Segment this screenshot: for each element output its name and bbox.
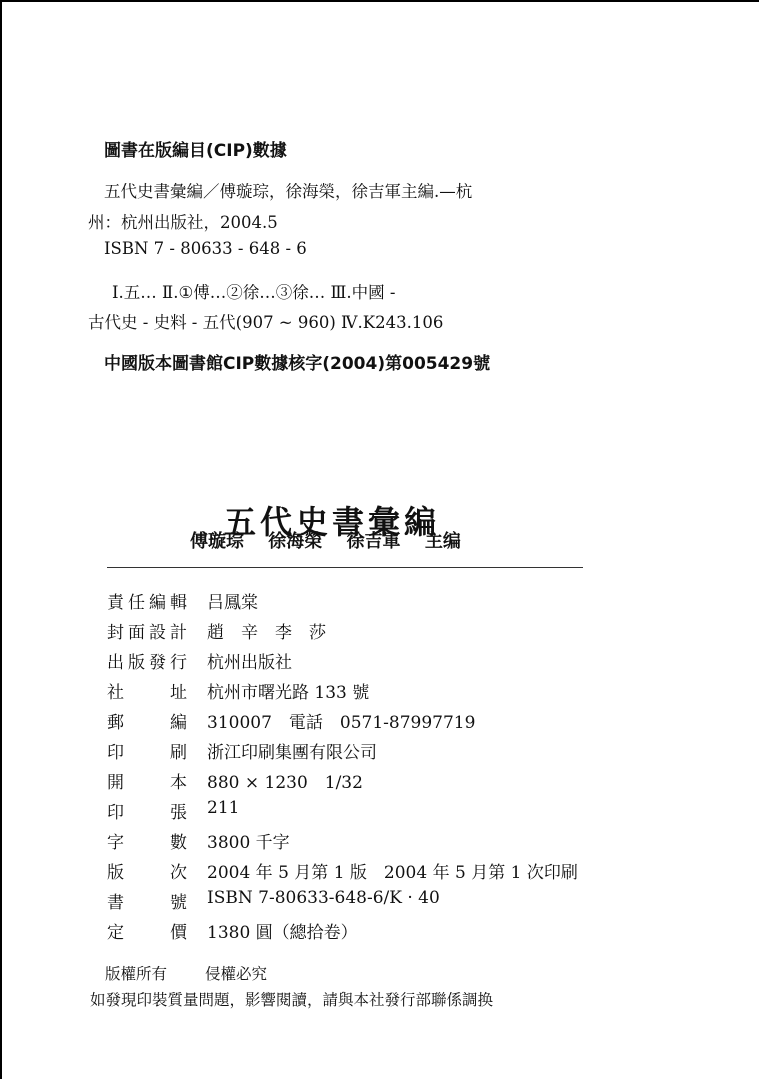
- colophon-label: 印張: [107, 798, 187, 823]
- colophon-label-char: 出: [107, 648, 124, 673]
- colophon-label-char: 發: [149, 648, 166, 673]
- cip-line-publisher: 州：杭州出版社，2004.5: [88, 209, 278, 233]
- colophon-label: 定價: [107, 918, 187, 943]
- copyright-line: 版權所有侵權必究: [105, 962, 267, 984]
- colophon-label-char: 價: [170, 918, 187, 943]
- colophon-label: 出版發行: [107, 648, 187, 673]
- colophon-label: 版次: [107, 858, 187, 883]
- colophon-label-char: 印: [107, 738, 124, 763]
- cip-verification-number: 中國版本圖書館CIP數據核字(2004)第005429號: [104, 349, 490, 374]
- colophon-label-char: 設: [149, 618, 166, 643]
- scan-border-top: [0, 0, 759, 2]
- colophon-label: 責任編輯: [107, 588, 187, 613]
- colophon-label: 印刷: [107, 738, 187, 763]
- cip-line-classification: 古代史 - 史料 - 五代(907 ~ 960) Ⅳ.K243.106: [88, 309, 443, 333]
- colophon-label-char: 計: [170, 618, 187, 643]
- editor-role: 主编: [425, 531, 461, 552]
- rights-reserved: 版權所有: [105, 965, 167, 983]
- colophon-label-char: 社: [107, 678, 124, 703]
- colophon-value: 吕鳳棠: [207, 588, 258, 613]
- colophon-label-char: 郵: [107, 708, 124, 733]
- colophon-label: 開本: [107, 768, 187, 793]
- colophon-value: 3800 千字: [207, 828, 290, 853]
- cip-heading: 圖書在版編目(CIP)數據: [104, 136, 287, 161]
- colophon-label-char: 本: [170, 768, 187, 793]
- editor-name: 傅璇琮: [190, 531, 244, 552]
- colophon-label-char: 版: [128, 648, 145, 673]
- colophon-label-char: 面: [128, 618, 145, 643]
- colophon-label-char: 任: [128, 588, 145, 613]
- colophon-label-char: 行: [170, 648, 187, 673]
- colophon-value: 杭州市曙光路 133 號: [207, 678, 369, 703]
- colophon-label-char: 定: [107, 918, 124, 943]
- cip-line-isbn: ISBN 7 - 80633 - 648 - 6: [104, 239, 307, 258]
- infringement-notice: 侵權必究: [205, 965, 267, 983]
- colophon-label: 書號: [107, 888, 187, 913]
- colophon-label-char: 開: [107, 768, 124, 793]
- colophon-label: 封面設計: [107, 618, 187, 643]
- editor-name: 徐海榮: [268, 531, 322, 552]
- colophon-value: 杭州出版社: [207, 648, 292, 673]
- colophon-value: 880 × 1230 1/32: [207, 768, 363, 793]
- colophon-label-char: 責: [107, 588, 124, 613]
- colophon-label-char: 編: [149, 588, 166, 613]
- colophon-value: 211: [207, 798, 239, 818]
- colophon-value: 1380 圓（總拾卷）: [207, 918, 358, 943]
- colophon-value: 浙江印刷集團有限公司: [207, 738, 377, 763]
- colophon-value: 2004 年 5 月第 1 版 2004 年 5 月第 1 次印刷: [207, 858, 578, 883]
- colophon-label-char: 號: [170, 888, 187, 913]
- colophon-label-char: 張: [170, 798, 187, 823]
- colophon-label-char: 封: [107, 618, 124, 643]
- colophon-label-char: 刷: [170, 738, 187, 763]
- colophon-label-char: 印: [107, 798, 124, 823]
- book-editors: 傅璇琮 徐海榮 徐吉軍 主编: [190, 527, 479, 553]
- cip-line-subjects: Ⅰ.五… Ⅱ.①傅…②徐…③徐… Ⅲ.中國 -: [112, 279, 395, 303]
- editor-name: 徐吉軍: [347, 531, 401, 552]
- colophon-value: 趙 辛 李 莎: [207, 618, 326, 643]
- cip-line-title-editors: 五代史書彙編／傅璇琮，徐海榮，徐吉軍主編.—杭: [104, 178, 472, 202]
- colophon-label-char: 版: [107, 858, 124, 883]
- colophon-label-char: 字: [107, 828, 124, 853]
- colophon-value: ISBN 7-80633-648-6/K · 40: [207, 888, 440, 908]
- colophon-label-char: 編: [170, 708, 187, 733]
- quality-notice: 如發現印裝質量問題，影響閱讀，請與本社發行部聯係調换: [90, 988, 493, 1010]
- colophon-label-char: 址: [170, 678, 187, 703]
- colophon-value: 310007 電話 0571-87997719: [207, 708, 475, 733]
- divider-rule: [107, 567, 583, 568]
- colophon-label: 字數: [107, 828, 187, 853]
- colophon-label-char: 輯: [170, 588, 187, 613]
- colophon-label-char: 數: [170, 828, 187, 853]
- colophon-label-char: 書: [107, 888, 124, 913]
- colophon-label-char: 次: [170, 858, 187, 883]
- colophon-label: 社址: [107, 678, 187, 703]
- colophon-label: 郵編: [107, 708, 187, 733]
- scan-border-left: [0, 0, 2, 1079]
